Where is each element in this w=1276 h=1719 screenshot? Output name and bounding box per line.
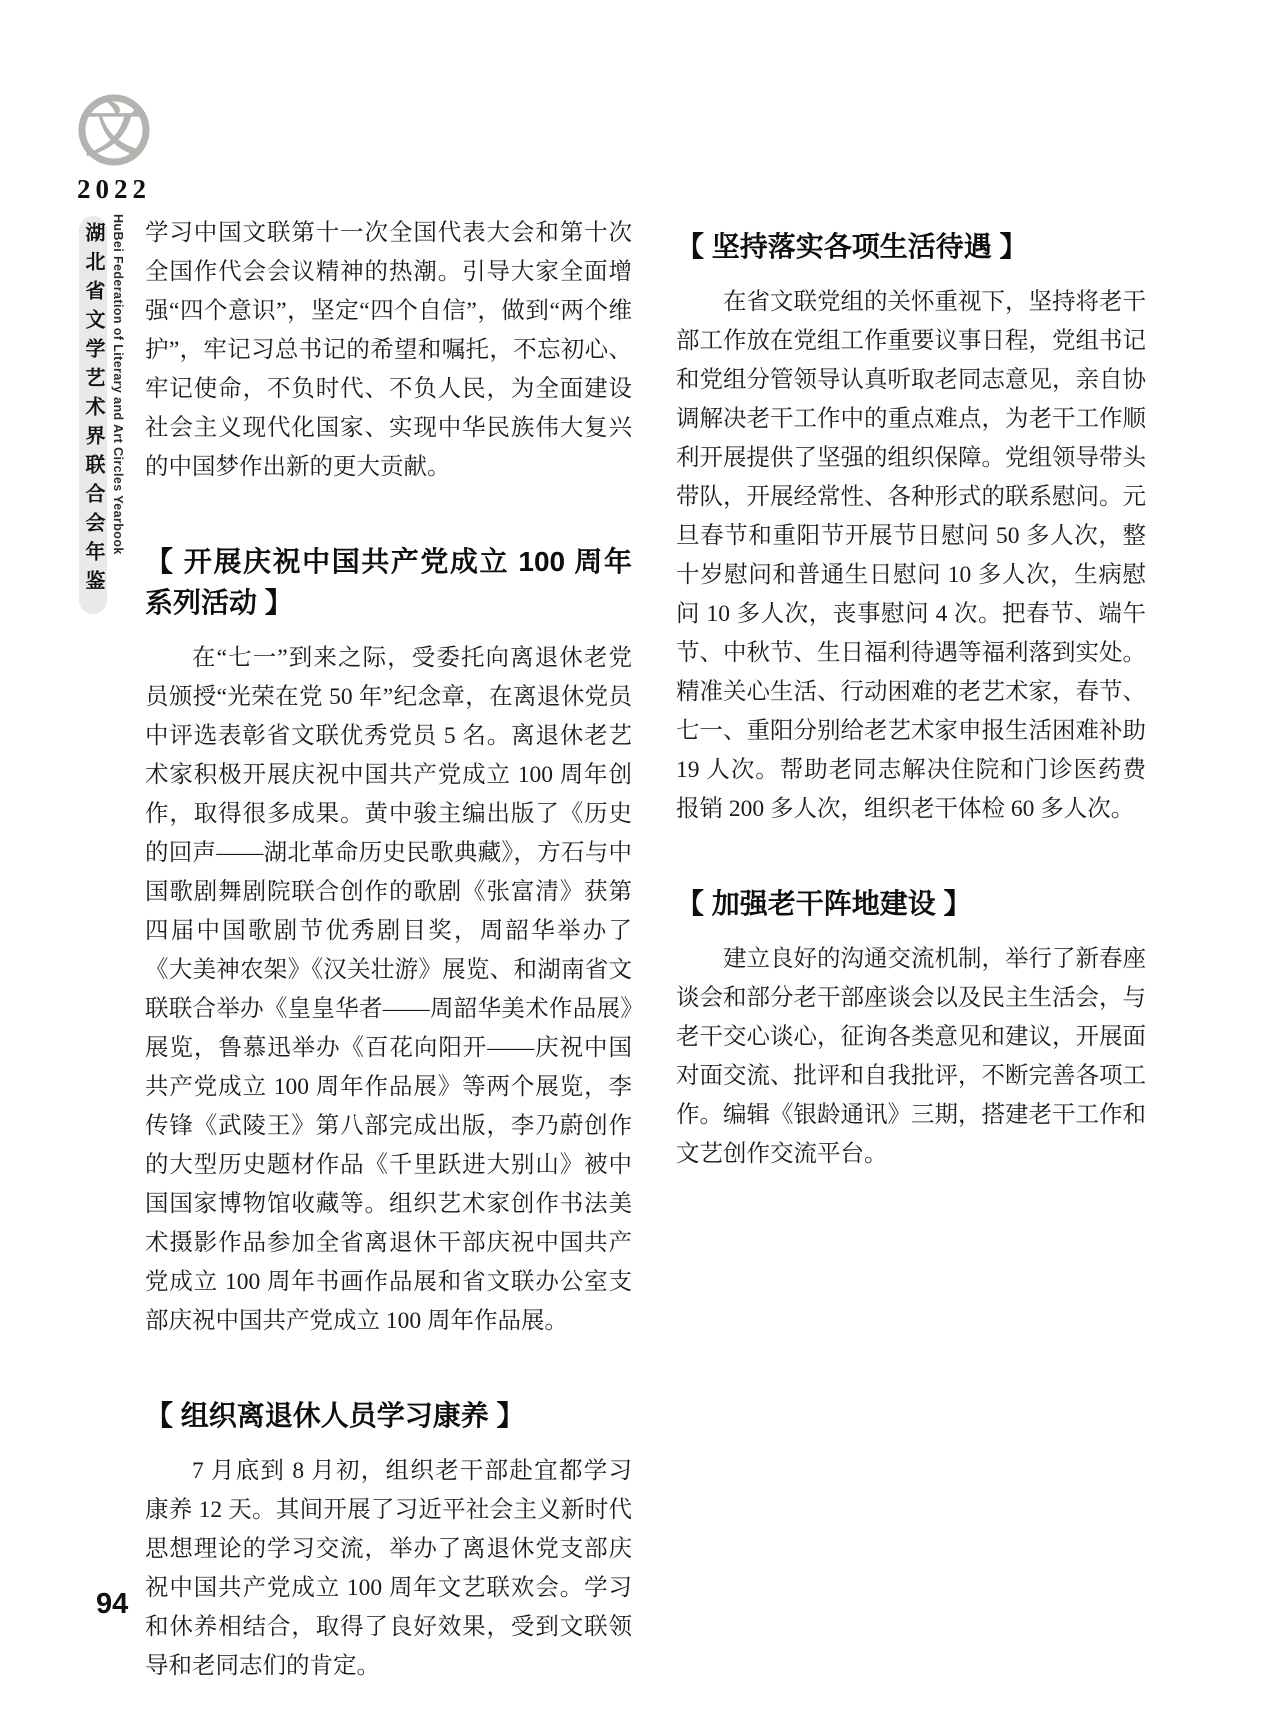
yearbook-title-english: HuBei Federation of Literary and Art Cir… — [111, 214, 125, 624]
intro-paragraph: 学习中国文联第十一次全国代表大会和第十次全国作代会会议精神的热潮。引导大家全面增… — [145, 214, 632, 487]
right-column: 【 坚持落实各项生活待遇 】 在省文联党组的关怀重视下，坚持将老干部工作放在党组… — [676, 214, 1146, 1174]
sidebar-title-strip: 湖北省文学艺术界联合会年鉴 — [79, 216, 107, 614]
section-heading-100th-anniversary: 【 开展庆祝中国共产党成立 100 周年系列活动 】 — [145, 541, 632, 623]
year-label: 2022 — [66, 174, 162, 205]
page-number: 94 — [96, 1588, 128, 1621]
section-paragraph-100th-anniversary: 在“七一”到来之际，受委托向离退休老党员颁授“光荣在党 50 年”纪念章，在离退… — [145, 639, 632, 1341]
federation-emblem-icon: 文 — [73, 90, 155, 174]
section-paragraph-retiree-study: 7 月底到 8 月初，组织老干部赴宜都学习康养 12 天。其间开展了习近平社会主… — [145, 1452, 632, 1686]
section-heading-cadre-platform: 【 加强老干阵地建设 】 — [676, 883, 1146, 924]
svg-text:文: 文 — [85, 96, 143, 164]
logo-area: 文 2022 — [66, 90, 162, 205]
section-paragraph-cadre-platform: 建立良好的沟通交流机制，举行了新春座谈会和部分老干部座谈会以及民主生活会，与老干… — [676, 940, 1146, 1174]
left-column: 学习中国文联第十一次全国代表大会和第十次全国作代会会议精神的热潮。引导大家全面增… — [145, 214, 632, 1686]
yearbook-title-vertical: 湖北省文学艺术界联合会年鉴 — [79, 222, 107, 599]
yearbook-page: 文 2022 湖北省文学艺术界联合会年鉴 HuBei Federation of… — [0, 0, 1276, 1719]
section-heading-retiree-study: 【 组织离退休人员学习康养 】 — [145, 1395, 632, 1436]
section-heading-living-benefits: 【 坚持落实各项生活待遇 】 — [676, 226, 1146, 267]
section-paragraph-living-benefits: 在省文联党组的关怀重视下，坚持将老干部工作放在党组工作重要议事日程，党组书记和党… — [676, 283, 1146, 829]
